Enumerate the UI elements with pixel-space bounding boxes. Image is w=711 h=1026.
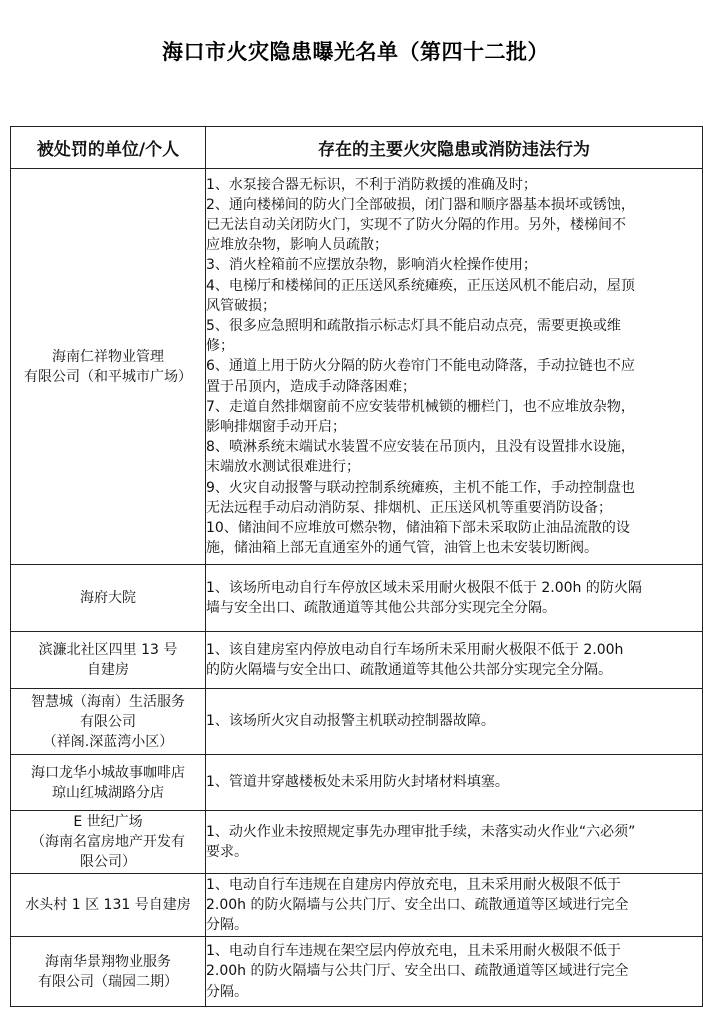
- unit-name-line: 海府大院: [11, 588, 205, 608]
- unit-name-line: （祥阁.深蓝湾小区）: [11, 732, 205, 752]
- violation-line: 影响排烟窗手动开启；: [206, 417, 702, 437]
- violation-line: 墙与安全出口、疏散通道等其他公共部分实现完全分隔。: [206, 598, 702, 618]
- violation-line: 5、很多应急照明和疏散指示标志灯具不能启动点亮，需要更换或维: [206, 316, 702, 336]
- unit-name-line: 海南仁祥物业管理: [11, 347, 205, 367]
- unit-name-line: 琼山红城湖路分店: [11, 783, 205, 803]
- unit-name-cell: E 世纪广场（海南名富房地产开发有限公司）: [11, 811, 206, 874]
- violation-line: 1、电动自行车违规在自建房内停放充电，且未采用耐火极限不低于: [206, 875, 702, 895]
- unit-name-line: 限公司）: [11, 852, 205, 872]
- violation-line: 6、通道上用于防火分隔的防火卷帘门不能电动降落，手动拉链也不应: [206, 356, 702, 376]
- unit-name-line: 有限公司（和平城市广场）: [11, 367, 205, 387]
- table-header-row: 被处罚的单位/个人 存在的主要火灾隐患或消防违法行为: [11, 127, 703, 169]
- table-row: 海府大院1、该场所电动自行车停放区域未采用耐火极限不低于 2.00h 的防火隔墙…: [11, 565, 703, 632]
- unit-name-cell: 海府大院: [11, 565, 206, 632]
- violation-line: 的防火隔墙与安全出口、疏散通道等其他公共部分实现完全分隔。: [206, 660, 702, 680]
- violation-line: 1、该场所电动自行车停放区域未采用耐火极限不低于 2.00h 的防火隔: [206, 578, 702, 598]
- violation-line: 1、管道井穿越楼板处未采用防火封堵材料填塞。: [206, 772, 702, 792]
- table-row: 海南华景翔物业服务有限公司（瑞园二期）1、电动自行车违规在架空层内停放充电，且未…: [11, 937, 703, 1007]
- table-row: 水头村 1 区 131 号自建房1、电动自行车违规在自建房内停放充电，且未采用耐…: [11, 874, 703, 937]
- unit-name-line: 水头村 1 区 131 号自建房: [11, 895, 205, 915]
- table-body: 海南仁祥物业管理有限公司（和平城市广场）1、水泵接合器无标识，不利于消防救援的准…: [11, 169, 703, 1007]
- violation-line: 应堆放杂物，影响人员疏散；: [206, 235, 702, 255]
- column-header-violation: 存在的主要火灾隐患或消防违法行为: [206, 127, 703, 169]
- violation-line: 1、电动自行车违规在架空层内停放充电，且未采用耐火极限不低于: [206, 941, 702, 961]
- violation-line: 1、该自建房室内停放电动自行车场所未采用耐火极限不低于 2.00h: [206, 640, 702, 660]
- violation-line: 10、储油间不应堆放可燃杂物，储油箱下部未采取防止油品流散的设: [206, 518, 702, 538]
- unit-name-cell: 智慧城（海南）生活服务有限公司（祥阁.深蓝湾小区）: [11, 689, 206, 755]
- unit-name-line: E 世纪广场: [11, 812, 205, 832]
- unit-name-line: 有限公司（瑞园二期）: [11, 972, 205, 992]
- violation-line: 1、该场所火灾自动报警主机联动控制器故障。: [206, 711, 702, 731]
- violation-cell: 1、该场所电动自行车停放区域未采用耐火极限不低于 2.00h 的防火隔墙与安全出…: [206, 565, 703, 632]
- table-row: 滨濂北社区四里 13 号自建房1、该自建房室内停放电动自行车场所未采用耐火极限不…: [11, 632, 703, 689]
- unit-name-line: 海南华景翔物业服务: [11, 952, 205, 972]
- violation-line: 无法远程手动启动消防泵、排烟机、正压送风机等重要消防设备；: [206, 498, 702, 518]
- violation-line: 9、火灾自动报警与联动控制系统瘫痪，主机不能工作，手动控制盘也: [206, 478, 702, 498]
- violation-cell: 1、电动自行车违规在自建房内停放充电，且未采用耐火极限不低于2.00h 的防火隔…: [206, 874, 703, 937]
- table-row: E 世纪广场（海南名富房地产开发有限公司）1、动火作业未按照规定事先办理审批手续…: [11, 811, 703, 874]
- violation-line: 2.00h 的防火隔墙与公共门厅、安全出口、疏散通道等区域进行完全: [206, 895, 702, 915]
- unit-name-cell: 水头村 1 区 131 号自建房: [11, 874, 206, 937]
- violation-cell: 1、该自建房室内停放电动自行车场所未采用耐火极限不低于 2.00h的防火隔墙与安…: [206, 632, 703, 689]
- violation-line: 末端放水测试很难进行；: [206, 457, 702, 477]
- unit-name-cell: 海南仁祥物业管理有限公司（和平城市广场）: [11, 169, 206, 565]
- violation-line: 2、通向楼梯间的防火门全部破损，闭门器和顺序器基本损坏或锈蚀，: [206, 195, 702, 215]
- table-row: 海口龙华小城故事咖啡店琼山红城湖路分店1、管道井穿越楼板处未采用防火封堵材料填塞…: [11, 755, 703, 811]
- violation-line: 1、水泵接合器无标识，不利于消防救援的准确及时；: [206, 175, 702, 195]
- violation-cell: 1、动火作业未按照规定事先办理审批手续，未落实动火作业“六必须”要求。: [206, 811, 703, 874]
- violation-line: 已无法自动关闭防火门，实现不了防火分隔的作用。另外，楼梯间不: [206, 215, 702, 235]
- violation-cell: 1、该场所火灾自动报警主机联动控制器故障。: [206, 689, 703, 755]
- unit-name-line: 自建房: [11, 660, 205, 680]
- unit-name-line: （海南名富房地产开发有: [11, 832, 205, 852]
- document-title: 海口市火灾隐患曝光名单（第四十二批）: [0, 36, 711, 66]
- table-row: 海南仁祥物业管理有限公司（和平城市广场）1、水泵接合器无标识，不利于消防救援的准…: [11, 169, 703, 565]
- unit-name-line: 滨濂北社区四里 13 号: [11, 640, 205, 660]
- violation-line: 分隔。: [206, 982, 702, 1002]
- violation-line: 4、电梯厅和楼梯间的正压送风系统瘫痪，正压送风机不能启动，屋顶: [206, 276, 702, 296]
- violation-line: 风管破损；: [206, 296, 702, 316]
- violation-line: 8、喷淋系统末端试水装置不应安装在吊顶内，且没有设置排水设施，: [206, 437, 702, 457]
- violation-line: 置于吊顶内，造成手动降落困难；: [206, 377, 702, 397]
- hazard-exposure-table: 被处罚的单位/个人 存在的主要火灾隐患或消防违法行为 海南仁祥物业管理有限公司（…: [10, 126, 703, 1007]
- unit-name-line: 智慧城（海南）生活服务: [11, 692, 205, 712]
- unit-name-cell: 海南华景翔物业服务有限公司（瑞园二期）: [11, 937, 206, 1007]
- unit-name-line: 有限公司: [11, 712, 205, 732]
- column-header-unit: 被处罚的单位/个人: [11, 127, 206, 169]
- violation-cell: 1、管道井穿越楼板处未采用防火封堵材料填塞。: [206, 755, 703, 811]
- violation-line: 2.00h 的防火隔墙与公共门厅、安全出口、疏散通道等区域进行完全: [206, 961, 702, 981]
- violation-line: 施，储油箱上部无直通室外的通气管，油管上也未安装切断阀。: [206, 538, 702, 558]
- violation-line: 要求。: [206, 842, 702, 862]
- unit-name-cell: 滨濂北社区四里 13 号自建房: [11, 632, 206, 689]
- violation-cell: 1、电动自行车违规在架空层内停放充电，且未采用耐火极限不低于2.00h 的防火隔…: [206, 937, 703, 1007]
- violation-line: 1、动火作业未按照规定事先办理审批手续，未落实动火作业“六必须”: [206, 822, 702, 842]
- violation-line: 7、走道自然排烟窗前不应安装带机械锁的栅栏门，也不应堆放杂物，: [206, 397, 702, 417]
- violation-line: 分隔。: [206, 915, 702, 935]
- violation-line: 3、消火栓箱前不应摆放杂物，影响消火栓操作使用；: [206, 255, 702, 275]
- unit-name-cell: 海口龙华小城故事咖啡店琼山红城湖路分店: [11, 755, 206, 811]
- violation-line: 修；: [206, 336, 702, 356]
- table-row: 智慧城（海南）生活服务有限公司（祥阁.深蓝湾小区）1、该场所火灾自动报警主机联动…: [11, 689, 703, 755]
- violation-cell: 1、水泵接合器无标识，不利于消防救援的准确及时；2、通向楼梯间的防火门全部破损，…: [206, 169, 703, 565]
- unit-name-line: 海口龙华小城故事咖啡店: [11, 763, 205, 783]
